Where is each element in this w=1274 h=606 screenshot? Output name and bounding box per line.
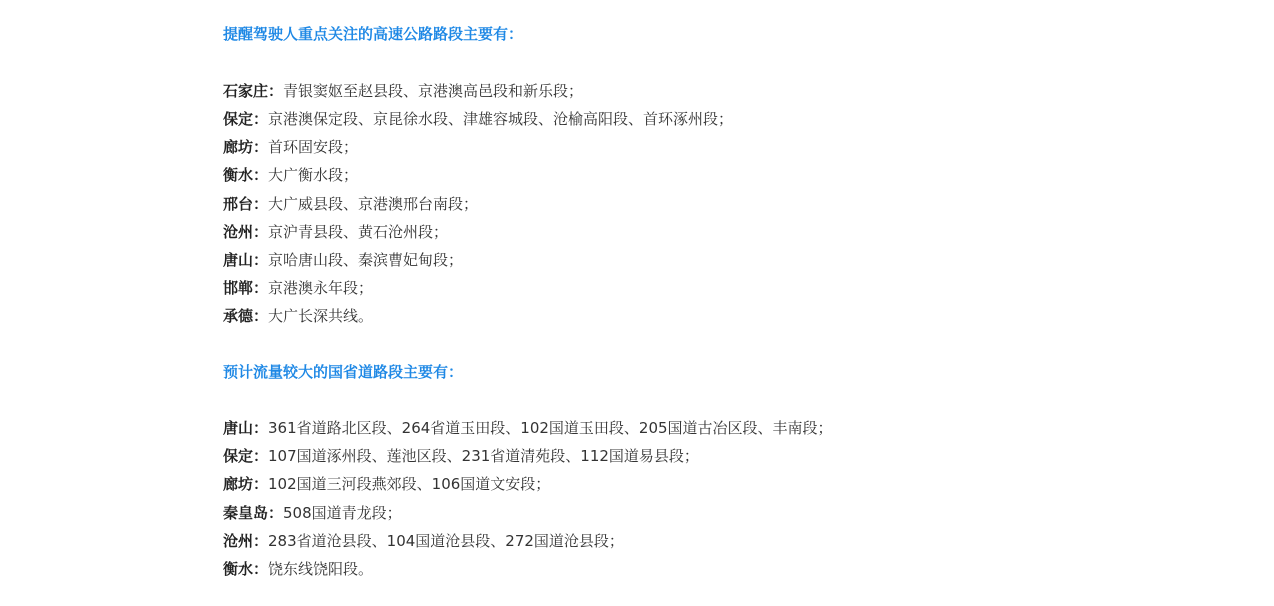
road-segments: 首环固安段； xyxy=(268,138,358,156)
road-segments: 283省道沧县段、104国道沧县段、272国道沧县段； xyxy=(268,532,624,550)
city-label: 唐山： xyxy=(223,251,268,269)
road-segments: 京港澳永年段； xyxy=(268,279,373,297)
road-segments: 大广威县段、京港澳邢台南段； xyxy=(268,195,478,213)
road-segments: 102国道三河段燕郊段、106国道文安段； xyxy=(268,475,550,493)
list-item: 唐山：361省道路北区段、264省道玉田段、102国道玉田段、205国道古冶区段… xyxy=(223,418,833,438)
list-item: 保定：京港澳保定段、京昆徐水段、津雄容城段、沧榆高阳段、首环涿州段； xyxy=(223,109,733,129)
city-label: 秦皇岛： xyxy=(223,504,283,522)
list-item: 沧州：283省道沧县段、104国道沧县段、272国道沧县段； xyxy=(223,531,624,551)
list-item: 秦皇岛：508国道青龙段； xyxy=(223,503,402,523)
city-label: 唐山： xyxy=(223,419,268,437)
list-item: 衡水：大广衡水段； xyxy=(223,165,358,185)
list-item: 保定：107国道涿州段、莲池区段、231省道清苑段、112国道易县段； xyxy=(223,446,699,466)
city-label: 廊坊： xyxy=(223,475,268,493)
road-segments: 京港澳保定段、京昆徐水段、津雄容城段、沧榆高阳段、首环涿州段； xyxy=(268,110,733,128)
city-label: 石家庄： xyxy=(223,82,283,100)
road-segments: 508国道青龙段； xyxy=(283,504,402,522)
section-heading-highways: 提醒驾驶人重点关注的高速公路路段主要有： xyxy=(223,24,523,44)
city-label: 保定： xyxy=(223,447,268,465)
city-label: 廊坊： xyxy=(223,138,268,156)
list-item: 邢台：大广威县段、京港澳邢台南段； xyxy=(223,194,478,214)
list-item: 廊坊：102国道三河段燕郊段、106国道文安段； xyxy=(223,474,550,494)
list-item: 唐山：京哈唐山段、秦滨曹妃甸段； xyxy=(223,250,463,270)
city-label: 衡水： xyxy=(223,166,268,184)
list-item: 廊坊：首环固安段； xyxy=(223,137,358,157)
city-label: 邯郸： xyxy=(223,279,268,297)
road-segments: 361省道路北区段、264省道玉田段、102国道玉田段、205国道古冶区段、丰南… xyxy=(268,419,833,437)
road-segments: 大广衡水段； xyxy=(268,166,358,184)
list-item: 石家庄：青银窦妪至赵县段、京港澳高邑段和新乐段； xyxy=(223,81,583,101)
list-item: 邯郸：京港澳永年段； xyxy=(223,278,373,298)
city-label: 保定： xyxy=(223,110,268,128)
road-segments: 饶东线饶阳段。 xyxy=(268,560,373,578)
city-label: 沧州： xyxy=(223,532,268,550)
road-segments: 京沪青县段、黄石沧州段； xyxy=(268,223,448,241)
list-item: 衡水：饶东线饶阳段。 xyxy=(223,559,373,579)
list-item: 沧州：京沪青县段、黄石沧州段； xyxy=(223,222,448,242)
section-heading-national-roads: 预计流量较大的国省道路段主要有： xyxy=(223,362,463,382)
road-segments: 青银窦妪至赵县段、京港澳高邑段和新乐段； xyxy=(283,82,583,100)
city-label: 衡水： xyxy=(223,560,268,578)
list-item: 承德：大广长深共线。 xyxy=(223,306,373,326)
city-label: 承德： xyxy=(223,307,268,325)
city-label: 沧州： xyxy=(223,223,268,241)
road-segments: 107国道涿州段、莲池区段、231省道清苑段、112国道易县段； xyxy=(268,447,699,465)
city-label: 邢台： xyxy=(223,195,268,213)
road-segments: 大广长深共线。 xyxy=(268,307,373,325)
road-segments: 京哈唐山段、秦滨曹妃甸段； xyxy=(268,251,463,269)
